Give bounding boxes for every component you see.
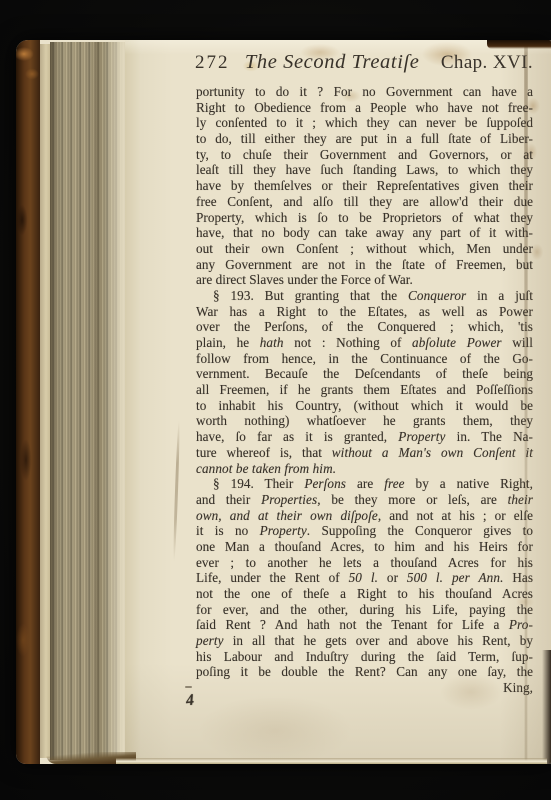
text-line: are direct Slaves under the Force of War… [196,272,533,288]
text-line: Right to Obedience from a People who hav… [196,100,533,116]
text-line: have, ſo far as it is granted, Property … [196,429,533,445]
text-line: vernment. Becauſe the Deſcendants of the… [196,366,533,382]
text-line: ty, to chuſe their Government and Govern… [196,147,533,163]
book-page: 272 The Second Treatiſe Chap. XVI. portu… [125,40,551,764]
text-line: § 193. But granting that the Conqueror i… [196,288,533,304]
text-line: free Conſent, and alſo till they are all… [196,194,533,210]
text-line: worth nothing) whatſoever he grants them… [196,413,533,429]
text-line: it is no Property. Suppoſing the Conquer… [196,523,533,539]
cover-edge [542,650,551,764]
text-line: ſaid Rent ? And hath not the Tenant for … [196,617,533,633]
text-line: over the Perſons, of the Conquered ; whi… [196,319,533,335]
text-line: any Government are not in the ſtate of F… [196,257,533,273]
press-figure: 4 [185,692,195,711]
text-line: to do, till either they are put in a ful… [196,131,533,147]
text-line: ly conſented to it ; which they can neve… [196,115,533,131]
text-line: have by themſelves or their Repreſentati… [196,178,533,194]
text-line: poſing it be double the Rent? Can any on… [196,664,533,680]
text-line: follow from hence, in the Continuance of… [196,351,533,367]
text-line: own, and at their own diſpoſe, and not a… [196,508,533,524]
text-line: to inhabit his Country, (without which i… [196,398,533,414]
page-edges [50,42,125,760]
text-line: cannot be taken from him. [196,461,533,477]
chapter-label: Chap. XVI. [441,52,533,74]
text-line: leaſt till they have ſuch ſtanding Laws,… [196,162,533,178]
text-line: have, that no body can take away any par… [196,225,533,241]
text-line: for ever, and the other, during his Life… [196,602,533,618]
page-header: 272 The Second Treatiſe Chap. XVI. [195,51,533,74]
text-line: § 194. Their Perſons are free by a nativ… [196,476,533,492]
catchword: King, [196,680,533,696]
ink-smudge [185,686,192,688]
cover-corner [487,40,551,49]
margin-pen-mark [173,420,181,562]
text-line: his Labour and Induſtry during the ſaid … [196,649,533,665]
text-line: one Man a thouſand Acres, to him and his… [196,539,533,555]
text-line: out their own Conſent ; without which, M… [196,241,533,257]
text-line: ever ; to another he lets a thouſand Acr… [196,555,533,571]
text-line: Property, which is ſo to be Proprietors … [196,210,533,226]
text-line: plain, he hath not : Nothing of abſolute… [196,335,533,351]
text-line: ture whereof is, that without a Man's ow… [196,445,533,461]
page-text: portunity to do it ? For no Government c… [196,84,533,696]
spine-hinge [40,44,50,758]
page-number: 272 [195,52,230,74]
book-spine [16,40,40,764]
book: 272 The Second Treatiſe Chap. XVI. portu… [16,40,551,764]
text-line: and their Properties, be they more or le… [196,492,533,508]
page-bottom-edge [116,758,547,764]
photo-background: 272 The Second Treatiſe Chap. XVI. portu… [0,0,551,800]
text-line: War has a Right to the Eſtates, as well … [196,304,533,320]
text-line: portunity to do it ? For no Government c… [196,84,533,100]
text-line: Life, under the Rent of 50 l. or 500 l. … [196,570,533,586]
running-title: The Second Treatiſe [245,51,426,74]
text-line: all Freemen, if he grants them Eſtates a… [196,382,533,398]
text-line: not the one of theſe a Right to his thou… [196,586,533,602]
text-line: perty in all that he gets over and above… [196,633,533,649]
